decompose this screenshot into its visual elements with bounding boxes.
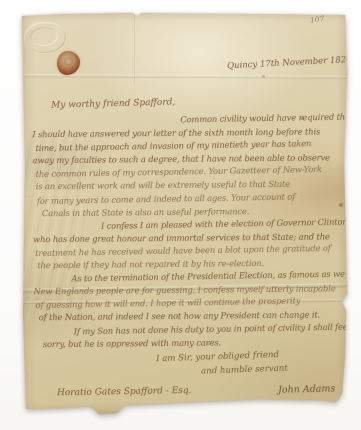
paper-sheet: 107 Quincy 17th November 1824. My worthy… <box>21 13 347 414</box>
salutation: My worthy friend Spafford, <box>51 97 175 110</box>
letter-paper: 107 Quincy 17th November 1824. My worthy… <box>21 13 347 414</box>
letter-body: Common civility would have required that… <box>32 112 361 350</box>
closing-line-2: and humble servant <box>201 363 288 376</box>
signature: John Adams <box>278 383 336 395</box>
body-line: sorry, but he is oppressed with many car… <box>34 334 361 350</box>
embossed-stamp-icon <box>24 22 66 53</box>
dateline: Quincy 17th November 1824. <box>227 55 355 72</box>
fold-crease-top <box>21 74 347 79</box>
closing-line-1: I am Sir, your obliged friend <box>156 350 279 364</box>
wax-seal-icon <box>57 51 80 75</box>
fold-crease-vertical <box>134 13 136 83</box>
embossed-stamp-inner-ring <box>30 27 58 46</box>
page-number: 107 <box>309 14 324 25</box>
addressee-line: Horatio Gates Spafford - Esq. <box>57 386 192 398</box>
fox-spot <box>262 75 265 78</box>
photo-background: 107 Quincy 17th November 1824. My worthy… <box>0 0 361 430</box>
wax-seal-core <box>64 57 73 66</box>
